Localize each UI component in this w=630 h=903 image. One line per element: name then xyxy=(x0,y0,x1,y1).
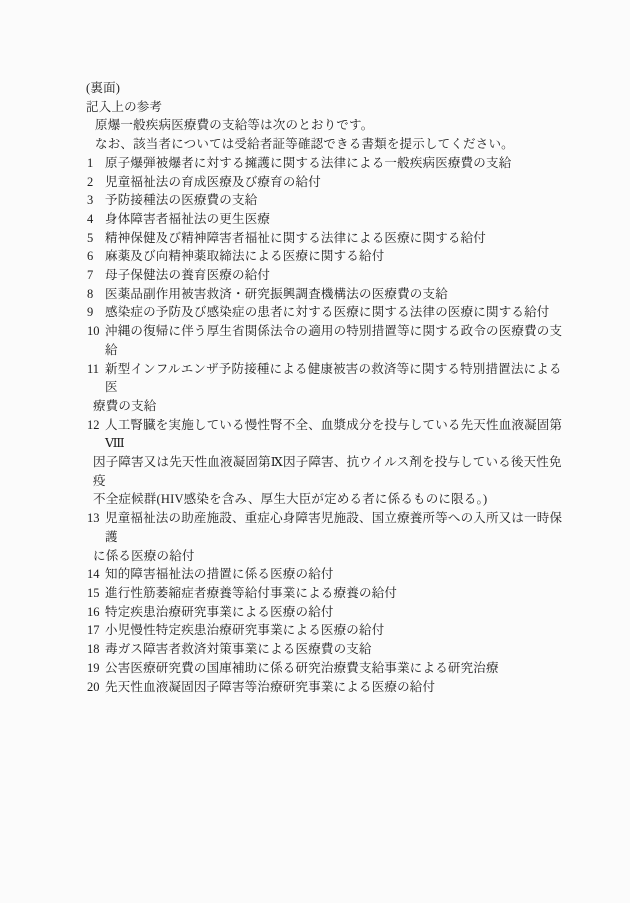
item-text-line: 進行性筋萎縮症者療養等給付事業による療養の給付 xyxy=(105,584,570,603)
item-number: 14 xyxy=(87,565,100,584)
item-text-continuation: 療費の支給 xyxy=(93,397,570,416)
item-text-line: 新型インフルエンザ予防接種による健康被害の救済等に関する特別措置法による医 xyxy=(105,360,570,397)
item-text-line: 小児慢性特定疾患治療研究事業による医療の給付 xyxy=(105,621,570,640)
list-item: 3予防接種法の医療費の支給 xyxy=(86,191,570,210)
list-item: 11新型インフルエンザ予防接種による健康被害の救済等に関する特別措置法による医療… xyxy=(86,360,570,416)
item-text-line: 人工腎臓を実施している慢性腎不全、血漿成分を投与している先天性血液凝固第Ⅷ xyxy=(105,416,570,453)
item-text-line: 知的障害福祉法の措置に係る医療の給付 xyxy=(105,565,570,584)
item-number: 18 xyxy=(87,640,100,659)
item-number: 17 xyxy=(87,621,100,640)
intro-line-2: なお、該当者については受給者証等確認できる書類を提示してください。 xyxy=(95,135,570,154)
list-item: 19公害医療研究費の国庫補助に係る研究治療費支給事業による研究治療 xyxy=(86,659,570,678)
item-text-line: 先天性血液凝固因子障害等治療研究事業による医療の給付 xyxy=(105,678,570,697)
item-text-line: 毒ガス障害者救済対策事業による医療費の支給 xyxy=(105,640,570,659)
item-number: 4 xyxy=(87,210,93,229)
item-number: 12 xyxy=(87,416,100,435)
item-number: 8 xyxy=(87,285,93,304)
list-item: 2児童福祉法の育成医療及び療育の給付 xyxy=(86,173,570,192)
list-item: 12人工腎臓を実施している慢性腎不全、血漿成分を投与している先天性血液凝固第Ⅷ因… xyxy=(86,416,570,510)
list-item: 15進行性筋萎縮症者療養等給付事業による療養の給付 xyxy=(86,584,570,603)
item-number: 9 xyxy=(87,303,93,322)
intro-line-1: 原爆一般疾病医療費の支給等は次のとおりです。 xyxy=(95,116,570,135)
item-number: 6 xyxy=(87,247,93,266)
list-item: 1原子爆弾被爆者に対する擁護に関する法律による一般疾病医療費の支給 xyxy=(86,154,570,173)
item-text-line: 母子保健法の養育医療の給付 xyxy=(105,266,570,285)
item-number: 13 xyxy=(87,509,100,528)
item-text-continuation: 因子障害又は先天性血液凝固第Ⅸ因子障害、抗ウイルス剤を投与している後天性免疫 xyxy=(93,453,570,490)
list-item: 17小児慢性特定疾患治療研究事業による医療の給付 xyxy=(86,621,570,640)
item-number: 19 xyxy=(87,659,100,678)
item-text-line: 沖縄の復帰に伴う厚生省関係法令の適用の特別措置等に関する政令の医療費の支給 xyxy=(105,322,570,359)
list-item: 13児童福祉法の助産施設、重症心身障害児施設、国立療養所等への入所又は一時保護に… xyxy=(86,509,570,565)
item-text-line: 予防接種法の医療費の支給 xyxy=(105,191,570,210)
item-text-line: 身体障害者福祉法の更生医療 xyxy=(105,210,570,229)
item-number: 11 xyxy=(87,360,99,379)
list-item: 7母子保健法の養育医療の給付 xyxy=(86,266,570,285)
item-text-line: 精神保健及び精神障害者福祉に関する法律による医療に関する給付 xyxy=(105,229,570,248)
section-heading: 記入上の参考 xyxy=(86,98,570,117)
list-item: 6麻薬及び向精神薬取締法による医療に関する給付 xyxy=(86,247,570,266)
list-item: 18毒ガス障害者救済対策事業による医療費の支給 xyxy=(86,640,570,659)
list-item: 16特定疾患治療研究事業による医療の給付 xyxy=(86,603,570,622)
item-text-line: 医薬品副作用被害救済・研究振興調査機構法の医療費の支給 xyxy=(105,285,570,304)
item-text-line: 公害医療研究費の国庫補助に係る研究治療費支給事業による研究治療 xyxy=(105,659,570,678)
list-item: 5精神保健及び精神障害者福祉に関する法律による医療に関する給付 xyxy=(86,229,570,248)
side-label: (裏面) xyxy=(86,79,570,98)
list-item: 10沖縄の復帰に伴う厚生省関係法令の適用の特別措置等に関する政令の医療費の支給 xyxy=(86,322,570,359)
item-number: 20 xyxy=(87,678,100,697)
document-page: (裏面) 記入上の参考 原爆一般疾病医療費の支給等は次のとおりです。 なお、該当… xyxy=(0,0,630,903)
item-text-line: 児童福祉法の育成医療及び療育の給付 xyxy=(105,173,570,192)
list-item: 20先天性血液凝固因子障害等治療研究事業による医療の給付 xyxy=(86,678,570,697)
item-number: 3 xyxy=(87,191,93,210)
item-number: 5 xyxy=(87,229,93,248)
item-number: 2 xyxy=(87,173,93,192)
item-number: 15 xyxy=(87,584,100,603)
item-text-line: 特定疾患治療研究事業による医療の給付 xyxy=(105,603,570,622)
item-list: 1原子爆弾被爆者に対する擁護に関する法律による一般疾病医療費の支給2児童福祉法の… xyxy=(86,154,570,696)
item-text-line: 原子爆弾被爆者に対する擁護に関する法律による一般疾病医療費の支給 xyxy=(105,154,570,173)
item-number: 1 xyxy=(87,154,93,173)
item-text-continuation: 不全症候群(HIV感染を含み、厚生大臣が定める者に係るものに限る。) xyxy=(93,490,570,509)
list-item: 14知的障害福祉法の措置に係る医療の給付 xyxy=(86,565,570,584)
item-text-line: 麻薬及び向精神薬取締法による医療に関する給付 xyxy=(105,247,570,266)
list-item: 4身体障害者福祉法の更生医療 xyxy=(86,210,570,229)
item-number: 10 xyxy=(87,322,100,341)
item-number: 16 xyxy=(87,603,100,622)
document-content: (裏面) 記入上の参考 原爆一般疾病医療費の支給等は次のとおりです。 なお、該当… xyxy=(86,79,570,696)
item-text-line: 感染症の予防及び感染症の患者に対する医療に関する法律の医療に関する給付 xyxy=(105,303,570,322)
item-text-continuation: に係る医療の給付 xyxy=(93,547,570,566)
list-item: 8医薬品副作用被害救済・研究振興調査機構法の医療費の支給 xyxy=(86,285,570,304)
item-text-line: 児童福祉法の助産施設、重症心身障害児施設、国立療養所等への入所又は一時保護 xyxy=(105,509,570,546)
item-number: 7 xyxy=(87,266,93,285)
list-item: 9感染症の予防及び感染症の患者に対する医療に関する法律の医療に関する給付 xyxy=(86,303,570,322)
